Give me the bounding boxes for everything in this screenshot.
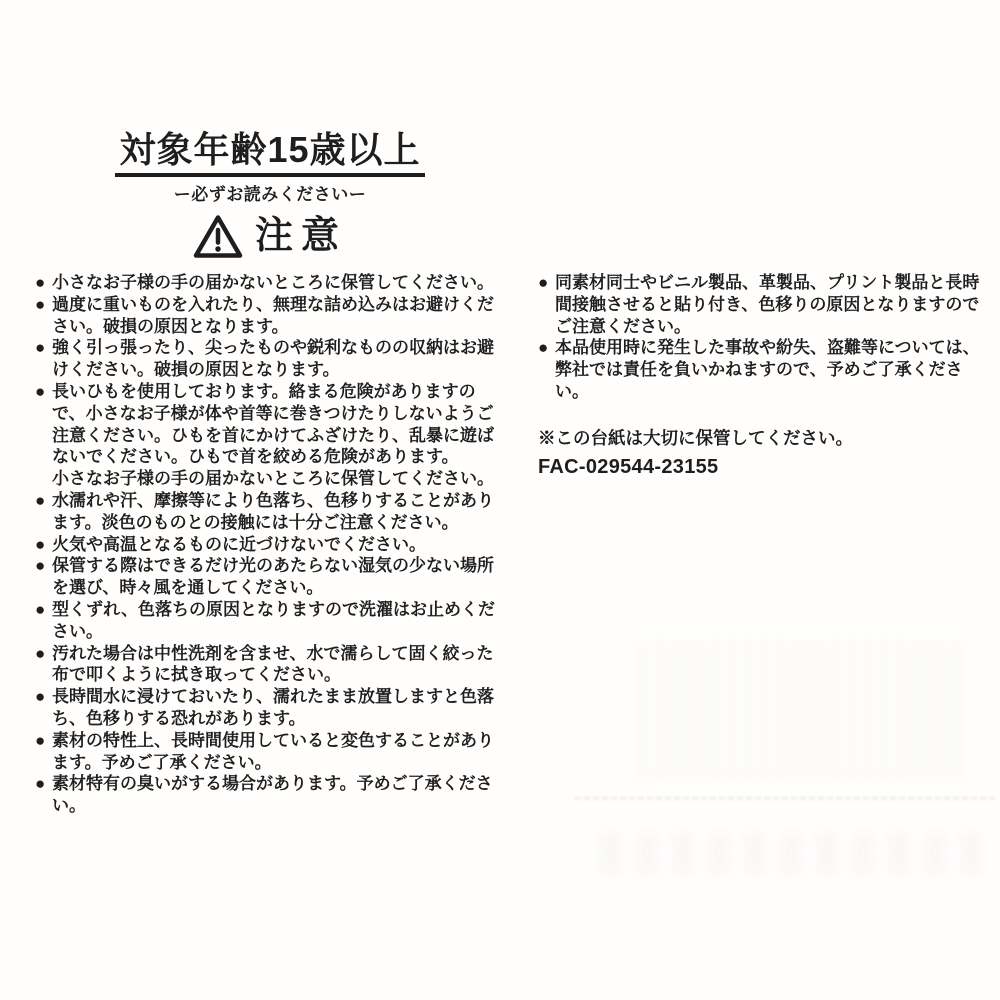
precaution-item: ●同素材同士やビニル製品、革製品、プリント製品と長時間接触させると貼り付き、色移… [538, 272, 988, 337]
precaution-text: 長いひもを使用しております。絡まる危険がありますので、小さなお子様が体や首等に巻… [52, 381, 505, 490]
precaution-text: 素材特有の臭いがする場合があります。予めご了承ください。 [52, 773, 505, 817]
bullet-icon: ● [35, 643, 52, 665]
keep-card-note: ※この台紙は大切に保管してください。 [538, 428, 988, 450]
precaution-text: 同素材同士やビニル製品、革製品、プリント製品と長時間接触させると貼り付き、色移り… [555, 272, 988, 337]
precaution-item: ●汚れた場合は中性洗剤を含ませ、水で濡らして固く絞った布で叩くように拭き取ってく… [35, 643, 505, 687]
precautions-list-left: ●小さなお子様の手の届かないところに保管してください。 ●過度に重いものを入れた… [35, 272, 505, 817]
bullet-icon: ● [35, 272, 52, 294]
precaution-text: 小さなお子様の手の届かないところに保管してください。 [52, 272, 505, 294]
precaution-item: ●過度に重いものを入れたり、無理な詰め込みはお避けください。破損の原因となります… [35, 294, 505, 338]
product-code: FAC-029544-23155 [538, 457, 988, 479]
precautions-column-left: ●小さなお子様の手の届かないところに保管してください。 ●過度に重いものを入れた… [35, 272, 505, 817]
caution-title: 注意 [255, 217, 347, 255]
precaution-text: 汚れた場合は中性洗剤を含ませ、水で濡らして固く絞った布で叩くように拭き取ってくだ… [52, 643, 505, 687]
bullet-icon: ● [538, 337, 555, 359]
precaution-text: 過度に重いものを入れたり、無理な詰め込みはお避けください。破損の原因となります。 [52, 294, 505, 338]
must-read-note: ー必ずお読みくださいー [30, 180, 510, 205]
header: 対象年齢15歳以上 ー必ずお読みくださいー 注意 [30, 130, 510, 259]
precautions-column-right: ●同素材同士やビニル製品、革製品、プリント製品と長時間接触させると貼り付き、色移… [538, 272, 988, 478]
bullet-icon: ● [35, 773, 52, 795]
bullet-icon: ● [538, 272, 555, 294]
precaution-item: ●長時間水に浸けておいたり、濡れたまま放置しますと色落ち、色移りする恐れがありま… [35, 686, 505, 730]
precaution-item: ●小さなお子様の手の届かないところに保管してください。 [35, 272, 505, 294]
precaution-text: 強く引っ張ったり、尖ったものや鋭利なものの収納はお避けください。破損の原因となり… [52, 337, 505, 381]
precaution-text: 水濡れや汗、摩擦等により色落ち、色移りすることがあります。淡色のものとの接触には… [52, 490, 505, 534]
precaution-text: 本品使用時に発生した事故や紛失、盗難等については、弊社では責任を負いかねますので… [555, 337, 988, 402]
bullet-icon: ● [35, 381, 52, 403]
bullet-icon: ● [35, 686, 52, 708]
precaution-item: ●素材特有の臭いがする場合があります。予めご了承ください。 [35, 773, 505, 817]
precaution-text: 素材の特性上、長時間使用していると変色することがあります。予めご了承ください。 [52, 730, 505, 774]
caution-card: 対象年齢15歳以上 ー必ずお読みくださいー 注意 ●小さなお子様の手の届かないと… [0, 0, 1000, 1000]
showthrough-ghosting [640, 638, 970, 783]
age-restriction-title: 対象年齢15歳以上 [115, 130, 424, 177]
showthrough-dashed-line [575, 797, 995, 800]
precaution-item: ●火気や高温となるものに近づけないでください。 [35, 534, 505, 556]
caution-heading: 注意 [30, 214, 510, 259]
warning-triangle-icon [193, 214, 243, 259]
precaution-text: 火気や高温となるものに近づけないでください。 [52, 534, 505, 556]
bullet-icon: ● [35, 599, 52, 621]
bullet-icon: ● [35, 534, 52, 556]
bullet-icon: ● [35, 490, 52, 512]
bullet-icon: ● [35, 555, 52, 577]
showthrough-ghosting [600, 833, 985, 875]
precaution-item: ●長いひもを使用しております。絡まる危険がありますので、小さなお子様が体や首等に… [35, 381, 505, 490]
bullet-icon: ● [35, 730, 52, 752]
precaution-text: 型くずれ、色落ちの原因となりますので洗濯はお止めください。 [52, 599, 505, 643]
precaution-text: 長時間水に浸けておいたり、濡れたまま放置しますと色落ち、色移りする恐れがあります… [52, 686, 505, 730]
bullet-icon: ● [35, 294, 52, 316]
precaution-text: 保管する際はできるだけ光のあたらない湿気の少ない場所を選び、時々風を通してくださ… [52, 555, 505, 599]
precautions-list-right: ●同素材同士やビニル製品、革製品、プリント製品と長時間接触させると貼り付き、色移… [538, 272, 988, 403]
precaution-item: ●水濡れや汗、摩擦等により色落ち、色移りすることがあります。淡色のものとの接触に… [35, 490, 505, 534]
precaution-item: ●強く引っ張ったり、尖ったものや鋭利なものの収納はお避けください。破損の原因とな… [35, 337, 505, 381]
precaution-item: ●型くずれ、色落ちの原因となりますので洗濯はお止めください。 [35, 599, 505, 643]
bullet-icon: ● [35, 337, 52, 359]
age-restriction-title-wrap: 対象年齢15歳以上 [30, 130, 510, 177]
precaution-item: ●本品使用時に発生した事故や紛失、盗難等については、弊社では責任を負いかねますの… [538, 337, 988, 402]
precaution-item: ●保管する際はできるだけ光のあたらない湿気の少ない場所を選び、時々風を通してくだ… [35, 555, 505, 599]
precaution-item: ●素材の特性上、長時間使用していると変色することがあります。予めご了承ください。 [35, 730, 505, 774]
